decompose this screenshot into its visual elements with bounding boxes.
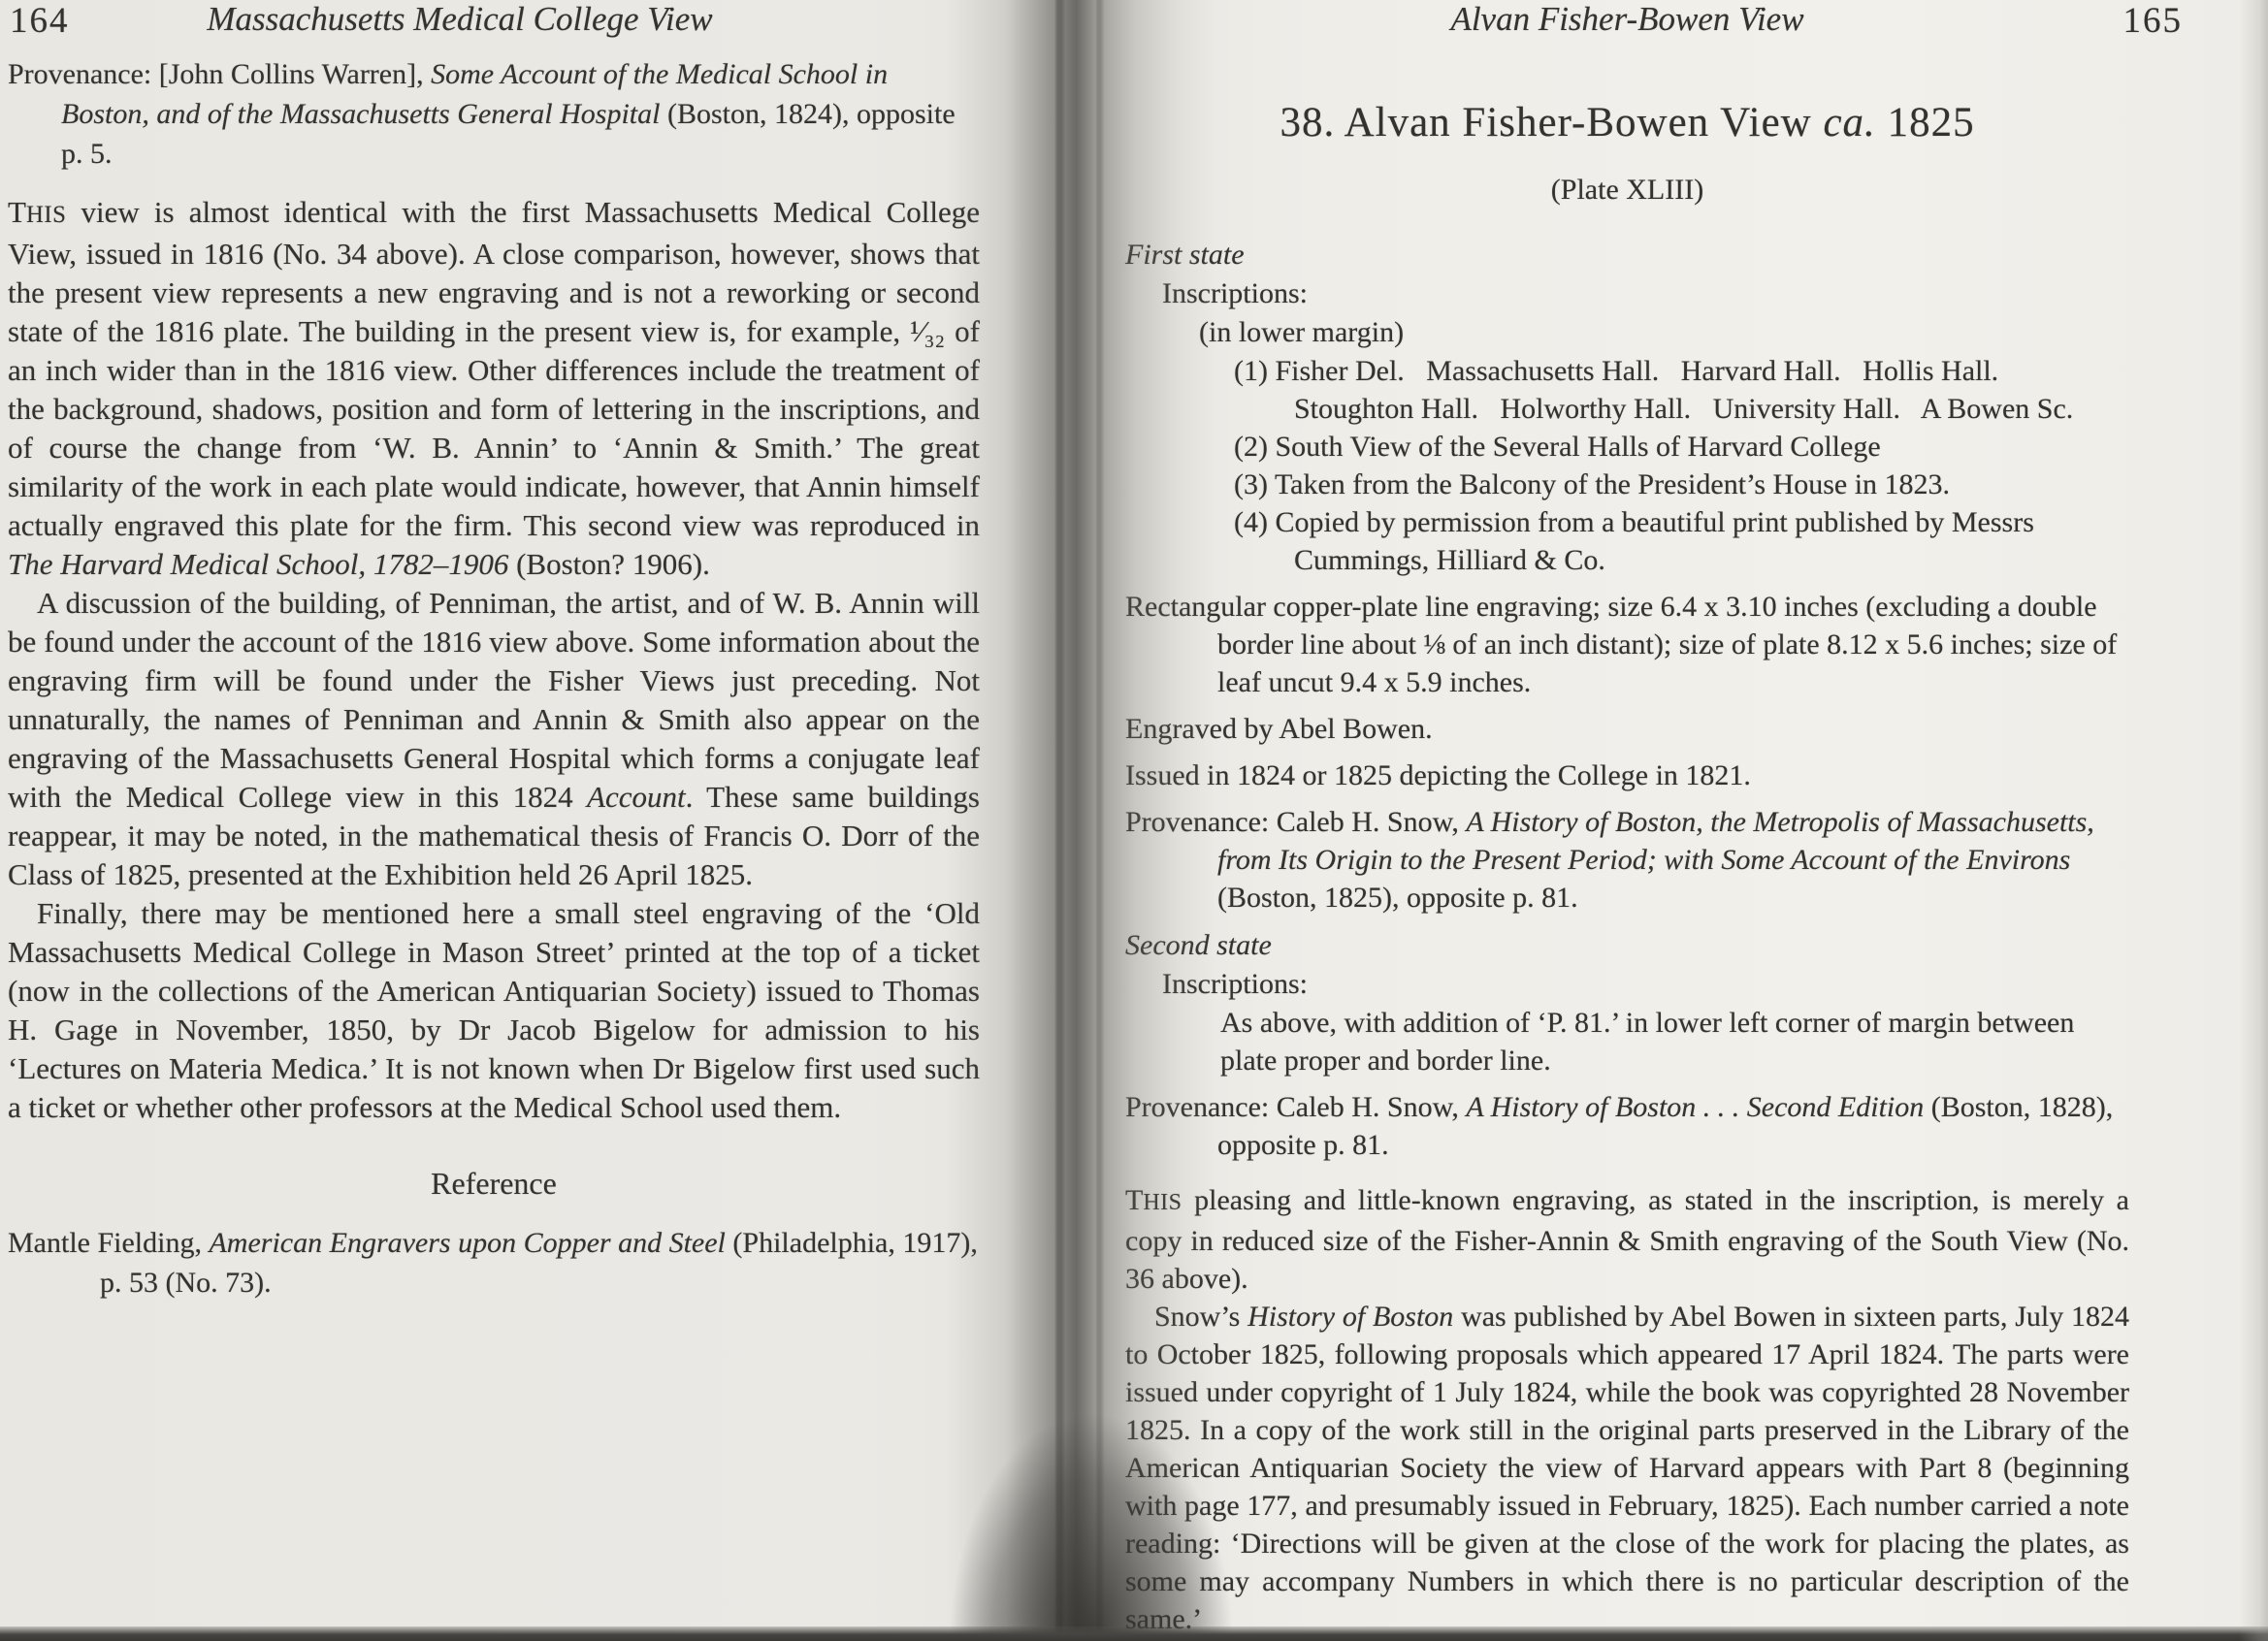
inscriptions-label-first: Inscriptions: — [1162, 274, 2129, 313]
right-body-paragraph-1: THIS pleasing and little-known engraving… — [1125, 1181, 2129, 1298]
page-header-left: 164 Massachusetts Medical College View — [8, 0, 980, 47]
as-above-note: As above, with addition of ‘P. 81.’ in l… — [1220, 1004, 2129, 1079]
scan-right-edge — [2239, 0, 2268, 1641]
book-spread: 164 Massachusetts Medical College View P… — [0, 0, 2268, 1641]
inscription-item-4: (4) Copied by permission from a beautifu… — [1234, 503, 2129, 579]
physical-description: Rectangular copper-plate line engraving;… — [1125, 588, 2129, 701]
engraver-line: Engraved by Abel Bowen. — [1125, 710, 2129, 748]
reference-entry: Mantle Fielding, American Engravers upon… — [8, 1223, 980, 1303]
provenance-paragraph: Provenance: [John Collins Warren], Some … — [8, 54, 980, 174]
provenance-second-state: Provenance: Caleb H. Snow, A History of … — [1125, 1088, 2129, 1164]
running-head-left: Massachusetts Medical College View — [8, 0, 912, 39]
page-right: Alvan Fisher-Bowen View 165 38. Alvan Fi… — [1125, 0, 2129, 1638]
first-state-label: First state — [1125, 236, 2129, 274]
issued-line: Issued in 1824 or 1825 depicting the Col… — [1125, 756, 2129, 794]
page-header-right: Alvan Fisher-Bowen View 165 — [1125, 0, 2129, 47]
plate-caption: (Plate XLIII) — [1125, 174, 2129, 207]
body-paragraph-3: Finally, there may be mentioned here a s… — [8, 894, 980, 1127]
page-number-right: 165 — [2123, 0, 2184, 42]
provenance-first-state: Provenance: Caleb H. Snow, A History of … — [1125, 803, 2129, 917]
inscriptions-label-second: Inscriptions: — [1162, 965, 2129, 1004]
inscription-item-2: (2) South View of the Several Halls of H… — [1234, 428, 2129, 466]
margin-note: (in lower margin) — [1199, 313, 2129, 352]
second-state-label: Second state — [1125, 926, 2129, 965]
entry-heading: 38. Alvan Fisher-Bowen View ca. 1825 — [1125, 99, 2129, 146]
body-paragraph-1: THIS view is almost identical with the f… — [8, 193, 980, 584]
right-body-paragraph-2: Snow’s History of Boston was published b… — [1125, 1298, 2129, 1638]
inscription-item-3: (3) Taken from the Balcony of the Presid… — [1234, 466, 2129, 503]
reference-heading: Reference — [8, 1166, 980, 1202]
inscription-item-1: (1) Fisher Del. Massachusetts Hall. Harv… — [1234, 352, 2129, 428]
page-left: 164 Massachusetts Medical College View P… — [8, 0, 980, 1303]
running-head-right: Alvan Fisher-Bowen View — [1125, 0, 2129, 39]
body-paragraph-2: A discussion of the building, of Pennima… — [8, 584, 980, 894]
